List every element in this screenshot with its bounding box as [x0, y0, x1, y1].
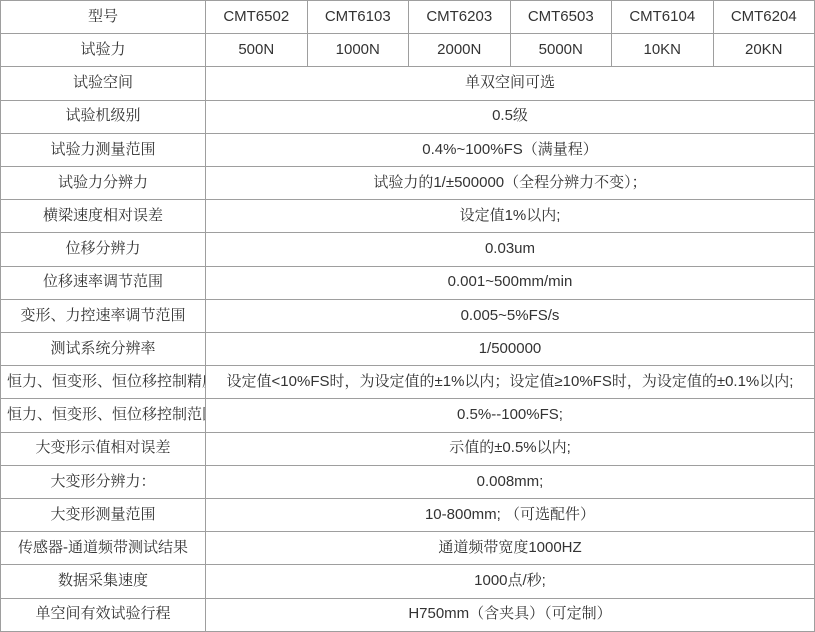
table-row: 位移速率调节范围 0.001~500mm/min: [1, 266, 815, 299]
row-label: 试验力测量范围: [1, 133, 206, 166]
table-row: 大变形分辨力： 0.008mm;: [1, 465, 815, 498]
force-cell: 20KN: [713, 34, 815, 67]
model-cell: CMT6103: [307, 1, 409, 34]
force-cell: 500N: [206, 34, 308, 67]
table-row: 横梁速度相对误差 设定值1%以内;: [1, 200, 815, 233]
row-label: 数据采集速度: [1, 565, 206, 598]
row-value: 示值的±0.5%以内;: [206, 432, 815, 465]
model-cell: CMT6502: [206, 1, 308, 34]
row-value: 0.5级: [206, 100, 815, 133]
table-row: 试验空间 单双空间可选: [1, 67, 815, 100]
row-value: H750mm（含夹具）（可定制）: [206, 598, 815, 631]
row-label: 传感器-通道频带测试结果: [1, 532, 206, 565]
row-value: 0.03um: [206, 233, 815, 266]
row-label: 横梁速度相对误差: [1, 200, 206, 233]
row-value: 通道频带宽度1000HZ: [206, 532, 815, 565]
row-label: 试验机级别: [1, 100, 206, 133]
row-label: 变形、力控速率调节范围: [1, 299, 206, 332]
table-row: 测试系统分辨率 1/500000: [1, 333, 815, 366]
force-cell: 2000N: [409, 34, 511, 67]
table-row: 恒力、恒变形、恒位移控制范围 0.5%--100%FS;: [1, 399, 815, 432]
spec-table: 型号 CMT6502 CMT6103 CMT6203 CMT6503 CMT61…: [0, 0, 815, 632]
row-label: 大变形测量范围: [1, 499, 206, 532]
row-value: 1000点/秒;: [206, 565, 815, 598]
row-value: 0.005~5%FS/s: [206, 299, 815, 332]
row-label: 恒力、恒变形、恒位移控制范围: [1, 399, 206, 432]
row-label: 试验力分辨力: [1, 167, 206, 200]
row-value: 0.008mm;: [206, 465, 815, 498]
row-label: 大变形示值相对误差: [1, 432, 206, 465]
row-value: 0.4%~100%FS（满量程）: [206, 133, 815, 166]
row-value: 设定值<10%FS时，为设定值的±1%以内；设定值≥10%FS时，为设定值的±0…: [206, 366, 815, 399]
row-label: 位移分辨力: [1, 233, 206, 266]
table-row-test-force: 试验力 500N 1000N 2000N 5000N 10KN 20KN: [1, 34, 815, 67]
row-value: 单双空间可选: [206, 67, 815, 100]
table-row: 数据采集速度 1000点/秒;: [1, 565, 815, 598]
row-value: 0.001~500mm/min: [206, 266, 815, 299]
force-cell: 1000N: [307, 34, 409, 67]
row-value: 设定值1%以内;: [206, 200, 815, 233]
model-cell: CMT6503: [510, 1, 612, 34]
table-row: 变形、力控速率调节范围 0.005~5%FS/s: [1, 299, 815, 332]
row-value: 10-800mm; （可选配件）: [206, 499, 815, 532]
row-label: 型号: [1, 1, 206, 34]
row-value: 试验力的1/±500000（全程分辨力不变）；: [206, 167, 815, 200]
row-label: 大变形分辨力：: [1, 465, 206, 498]
table-row: 恒力、恒变形、恒位移控制精度 设定值<10%FS时，为设定值的±1%以内；设定值…: [1, 366, 815, 399]
model-cell: CMT6204: [713, 1, 815, 34]
table-row: 单空间有效试验行程 H750mm（含夹具）（可定制）: [1, 598, 815, 631]
row-value: 0.5%--100%FS;: [206, 399, 815, 432]
table-row: 大变形测量范围 10-800mm; （可选配件）: [1, 499, 815, 532]
row-label: 恒力、恒变形、恒位移控制精度: [1, 366, 206, 399]
table-row: 试验力测量范围 0.4%~100%FS（满量程）: [1, 133, 815, 166]
model-cell: CMT6104: [612, 1, 714, 34]
row-label: 试验力: [1, 34, 206, 67]
row-label: 单空间有效试验行程: [1, 598, 206, 631]
table-row-model: 型号 CMT6502 CMT6103 CMT6203 CMT6503 CMT61…: [1, 1, 815, 34]
row-label: 试验空间: [1, 67, 206, 100]
row-value: 1/500000: [206, 333, 815, 366]
row-label: 测试系统分辨率: [1, 333, 206, 366]
table-row: 试验力分辨力 试验力的1/±500000（全程分辨力不变）；: [1, 167, 815, 200]
table-row: 试验机级别 0.5级: [1, 100, 815, 133]
force-cell: 10KN: [612, 34, 714, 67]
model-cell: CMT6203: [409, 1, 511, 34]
force-cell: 5000N: [510, 34, 612, 67]
table-row: 传感器-通道频带测试结果 通道频带宽度1000HZ: [1, 532, 815, 565]
table-row: 大变形示值相对误差 示值的±0.5%以内;: [1, 432, 815, 465]
row-label: 位移速率调节范围: [1, 266, 206, 299]
table-row: 位移分辨力 0.03um: [1, 233, 815, 266]
